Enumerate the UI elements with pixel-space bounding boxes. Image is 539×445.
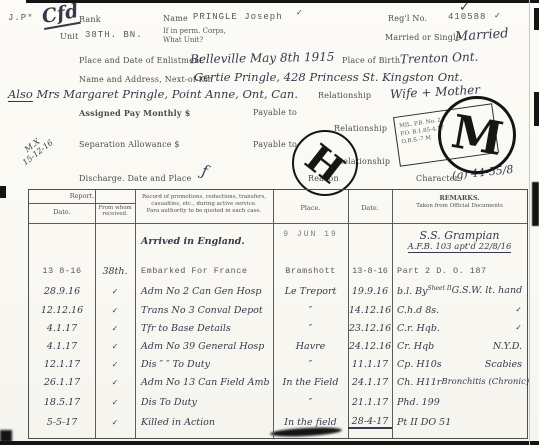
name-value: PRINGLE Joseph: [193, 12, 283, 22]
header-bottom-line: [29, 223, 527, 224]
report-underline: [29, 203, 135, 204]
separation-allowance-label: Separation Allowance $: [79, 140, 180, 149]
also-word: Also: [8, 87, 33, 102]
cell-from-whom: ✓: [95, 378, 135, 387]
remark-extra: N.Y.D.: [493, 341, 522, 352]
remark-superscript: Sheet II: [428, 285, 452, 292]
cell-remarks: C.r. Hqb. ✓: [392, 323, 527, 334]
married-or-single-label: Married or Single: [385, 33, 461, 42]
cell-remarks: Pt II DO 51: [392, 417, 527, 428]
remarks-column-header-2: Taken from Official Documents: [392, 203, 527, 210]
cell-remarks: C.h.d 8s. ✓: [392, 305, 527, 316]
table-row: 4.1.17 ✓ Adm No 39 General Hosp Havre 24…: [29, 337, 527, 355]
cell-report-date: 18.5.17: [29, 397, 95, 408]
record-column-header-3: Para authority to be quoted in each case…: [135, 208, 273, 215]
regimental-number-label: Reg'l No.: [388, 14, 427, 23]
next-of-kin-label: Name and Address, Next-of-Kin: [79, 75, 213, 84]
check-mark: ✓: [296, 8, 303, 17]
remark-main: C.h.d 8s.: [397, 305, 439, 316]
check-mark: ✓: [494, 11, 501, 20]
cell-from-whom: ✓: [95, 418, 135, 427]
remark-extra: ✓: [515, 305, 522, 316]
unit-value: 38TH. BN.: [85, 30, 143, 40]
scan-artifact: [0, 441, 539, 445]
payable-to-label: Payable to: [253, 108, 297, 117]
enlistment-value: Belleville May 8th 1915: [190, 50, 335, 67]
table-row: 28.9.16 ✓ Adm No 2 Can Gen Hosp Le Trepo…: [29, 282, 527, 300]
cell-report-date: 4.1.17: [29, 323, 95, 334]
record-column-header-1: Record of promotions, reductions, transf…: [135, 194, 273, 201]
discharge-label: Discharge. Date and Place: [79, 174, 191, 183]
rank-label: Rank: [79, 15, 101, 24]
next-of-kin-also-line: Also Mrs Margaret Pringle, Point Anne, O…: [8, 87, 298, 101]
cell-report-date: 5-5-17: [29, 417, 95, 428]
cell-record: Adm No 2 Can Gen Hosp: [135, 286, 273, 297]
perm-corps-label: If in perm. Corps,: [163, 27, 226, 35]
cell-date: 19.9.16: [348, 286, 392, 297]
cell-place: ″: [273, 323, 348, 334]
date-column-header: Date.: [29, 209, 95, 216]
scan-artifact: [534, 8, 539, 30]
form-code: J.P*: [8, 13, 34, 23]
cell-place: Havre: [273, 341, 348, 352]
name-label: Name: [163, 14, 188, 23]
cell-place: In the Field: [273, 377, 348, 388]
from-whom-column-header: From whom received.: [97, 205, 133, 217]
cell-report-date: 4.1.17: [29, 341, 95, 352]
date2-column-header: Date.: [348, 205, 392, 212]
table-row: 18.5.17 ✓ Dis To Duty ″ 21.1.17 Phd. 199: [29, 393, 527, 411]
table-row: 12.12.16 ✓ Trans No 3 Conval Depot ″ 14.…: [29, 301, 527, 319]
remark-main: Phd. 199: [397, 397, 440, 408]
cell-from-whom: ✓: [95, 324, 135, 333]
service-record-card: J.P* Cfd Rank Name PRINGLE Joseph ✓ Reg'…: [0, 0, 539, 445]
cell-date: 21.1.17: [348, 397, 392, 408]
cell-record: Adm No 13 Can Field Amb: [135, 377, 273, 388]
cell-record: Tfr to Base Details: [135, 323, 273, 334]
cell-place: Le Treport: [273, 286, 348, 297]
also-rest: Mrs Margaret Pringle, Point Anne, Ont, C…: [33, 87, 298, 101]
place-column-header: Place.: [273, 205, 348, 212]
cell-record: Embarked For France: [135, 266, 273, 276]
cell-place: ″: [273, 397, 348, 408]
record-column-header-2: casualties, etc., during active service.: [135, 201, 273, 208]
scan-artifact: [532, 182, 539, 226]
cell-date: 11.1.17: [348, 359, 392, 370]
cell-remarks: Cr. Hqb N.Y.D.: [392, 341, 527, 352]
enlistment-label: Place and Date of Enlistment: [79, 56, 203, 65]
scan-artifact: [0, 186, 6, 198]
table-row: 5-5-17 ✓ Killed in Action In the field 2…: [29, 413, 527, 431]
cell-record: Arrived in England.: [135, 228, 273, 247]
report-header: Report.: [29, 193, 135, 200]
remark-ref: b.l. By: [397, 286, 428, 297]
cell-date: 14.12.16: [348, 305, 392, 316]
margin-note: M.X 15-12-16: [5, 123, 65, 175]
cell-from-whom: ✓: [95, 342, 135, 351]
remark-main: Cp. H10s: [397, 359, 442, 370]
cell-from-whom: ✓: [95, 398, 135, 407]
remark-main: C.r. Hqb.: [397, 323, 440, 334]
h-stamp-letter: H: [297, 134, 353, 192]
table-row: 26.1.17 ✓ Adm No 13 Can Field Amb In the…: [29, 373, 527, 391]
cell-record: Dis ″ ″ To Duty: [135, 359, 273, 370]
service-record-table: Report. Date. From whom received. Record…: [28, 189, 528, 439]
cell-report-date: 26.1.17: [29, 377, 95, 388]
cell-remarks: b.l. BySheet II G.S.W. lt. hand: [392, 285, 527, 297]
cell-record: Dis To Duty: [135, 397, 273, 408]
cell-report-date: 12.1.17: [29, 359, 95, 370]
table-row: Arrived in England. 9 JUN 19 S.S. Grampi…: [29, 228, 527, 262]
m-stamp-letter: M: [447, 104, 507, 166]
check-mark: ✓: [459, 0, 470, 15]
remarks-column-header-1: REMARKS.: [392, 195, 527, 202]
table-row: 4.1.17 ✓ Tfr to Base Details ″ 23.12.16 …: [29, 319, 527, 337]
assigned-pay-label: Assigned Pay Monthly $: [79, 108, 191, 118]
payable-to2-label: Payable to: [253, 140, 297, 149]
next-of-kin-value: Gertie Pringle, 428 Princess St. Kingsto…: [194, 70, 463, 84]
cell-report-date: 12.12.16: [29, 305, 95, 316]
remark-extra: Scabies: [485, 359, 522, 370]
cell-report-date: 13 8-16: [29, 266, 95, 276]
cell-date: 28-4-17: [348, 416, 392, 429]
relationship2-label: Relationship: [334, 124, 387, 133]
cell-place: In the field: [273, 417, 348, 428]
relationship-label: Relationship: [318, 91, 371, 100]
remark-extra: G.S.W. lt. hand: [452, 285, 522, 297]
birth-label: Place of Birth: [342, 56, 400, 65]
remark-main: Pt II DO 51: [397, 417, 451, 428]
m-stamp: M: [438, 96, 516, 174]
cell-date: 23.12.16: [348, 323, 392, 334]
cell-from-whom: 38th.: [95, 266, 135, 277]
cell-from-whom: ✓: [95, 360, 135, 369]
cell-remarks: Ch. H11r Bronchitis (Chronic): [392, 377, 527, 388]
cell-record: Killed in Action: [135, 417, 273, 428]
remark-main: Ch. H11r: [397, 377, 441, 388]
table-row: 13 8-16 38th. Embarked For France Bramsh…: [29, 262, 527, 280]
cfd-annotation: Cfd: [40, 0, 80, 30]
cell-record: Adm No 39 General Hosp: [135, 341, 273, 352]
h-stamp: H: [292, 130, 358, 196]
cell-report-date: 28.9.16: [29, 286, 95, 297]
cell-place-stamp: 9 JUN 19: [273, 228, 348, 239]
cell-record: Trans No 3 Conval Depot: [135, 305, 273, 316]
remark-line2: A.F.B. 103 apt'd 22/8/16: [408, 242, 512, 253]
remark-extra: ✓: [515, 323, 522, 334]
cell-from-whom: ✓: [95, 306, 135, 315]
remark-main: b.l. BySheet II: [397, 285, 452, 297]
cell-date: 24.1.17: [348, 377, 392, 388]
cell-remarks: Phd. 199: [392, 397, 527, 408]
cell-remarks: S.S. Grampian A.F.B. 103 apt'd 22/8/16: [392, 228, 527, 253]
cell-place: Bramshott: [273, 266, 348, 276]
perm-corps-label-2: What Unit?: [163, 36, 203, 44]
birth-value: Trenton Ont.: [400, 50, 479, 67]
cell-place: ″: [273, 305, 348, 316]
scan-artifact: [534, 92, 539, 126]
married-value: Married: [455, 26, 510, 45]
pen-squiggle: ƒ: [200, 162, 209, 181]
cell-date: 24.12.16: [348, 341, 392, 352]
remark-line1: S.S. Grampian: [419, 229, 499, 242]
table-row: 12.1.17 ✓ Dis ″ ″ To Duty ″ 11.1.17 Cp. …: [29, 355, 527, 373]
remark-extra: Bronchitis (Chronic): [441, 377, 529, 388]
scan-artifact: [0, 430, 12, 442]
unit-label: Unit: [60, 32, 78, 41]
cell-remarks: Part 2 D. O. 187: [392, 266, 527, 276]
cell-remarks: Cp. H10s Scabies: [392, 359, 527, 370]
cell-date: 13-8-16: [348, 266, 392, 276]
remark-main: Part 2 D. O. 187: [397, 266, 487, 276]
cell-from-whom: ✓: [95, 287, 135, 296]
remark-main: Cr. Hqb: [397, 341, 434, 352]
cell-place: ″: [273, 359, 348, 370]
